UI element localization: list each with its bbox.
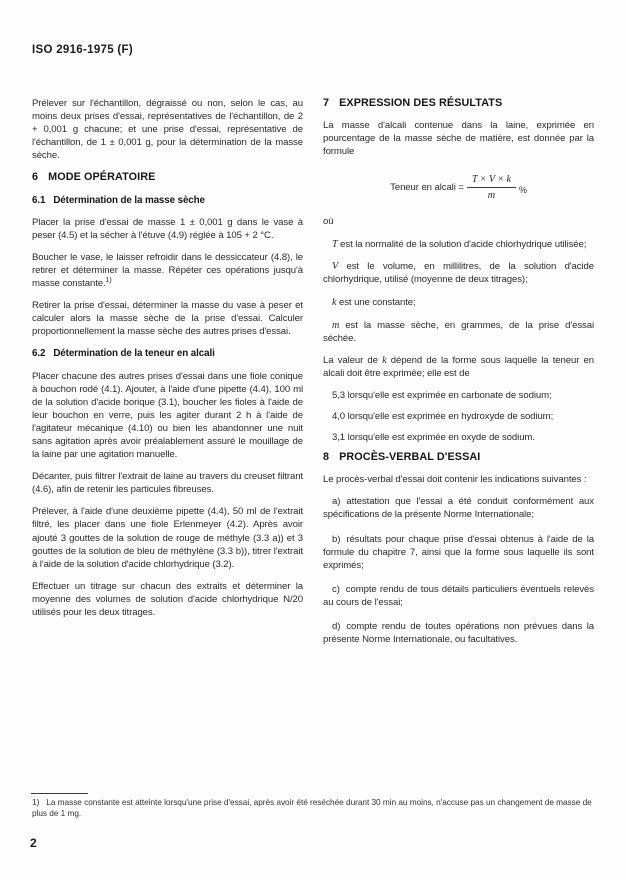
formula-denominator: m: [467, 188, 516, 202]
section-title: MODE OPÉRATOIRE: [48, 171, 155, 183]
definition-text: est une constante;: [339, 297, 416, 308]
definition-term: k: [332, 297, 336, 308]
k-value-item: 5,3 lorsqu'elle est exprimée en carbonat…: [323, 389, 594, 402]
definition-k: k est une constante;: [323, 296, 594, 309]
item-label: d): [332, 621, 340, 632]
definition-text: est la masse sèche, en grammes, de la pr…: [323, 320, 594, 344]
item-label: b): [332, 534, 340, 545]
item-text: compte rendu de toutes opérations non pr…: [323, 621, 594, 645]
page-number: 2: [30, 836, 37, 850]
subsection-heading-6-1: 6.1Détermination de la masse sèche: [32, 194, 303, 207]
formula-label: Teneur en alcali: [390, 183, 456, 194]
paragraph-k-value: La valeur de k dépend de la forme sous l…: [323, 354, 594, 380]
paragraph-intro: Prélever sur l'échantillon, dégraissé ou…: [32, 97, 303, 162]
item-text: attestation que l'essai a été conduit co…: [323, 496, 594, 520]
footnote-text: La masse constante est atteinte lorsqu'u…: [32, 797, 592, 818]
document-reference: ISO 2916-1975 (F): [32, 44, 133, 56]
definition-term: m: [332, 320, 339, 331]
paragraph: Décanter, puis filtrer l'extrait de lain…: [32, 470, 303, 496]
section-number: 8: [323, 451, 329, 463]
item-label: c): [332, 584, 340, 595]
definition-V: V est le volume, en millilitres, de la s…: [323, 260, 594, 286]
item-text: compte rendu de tous détails particulier…: [323, 584, 594, 608]
definition-text: est le volume, en millilitres, de la sol…: [323, 261, 594, 285]
formula-numerator: T × V × k: [467, 173, 516, 188]
equals-sign: =: [458, 183, 464, 194]
section-heading-7: 7EXPRESSION DES RÉSULTATS: [323, 97, 594, 110]
paragraph: Placer la prise d'essai de masse 1 ± 0,0…: [32, 216, 303, 242]
subsection-title: Détermination de la masse sèche: [53, 195, 205, 206]
paragraph: Placer chacune des autres prises d'essai…: [32, 370, 303, 462]
footnote-divider: [31, 793, 88, 794]
paragraph: La masse d'alcali contenue dans la laine…: [323, 119, 594, 158]
section-number: 6: [32, 171, 38, 183]
two-column-body: Prélever sur l'échantillon, dégraissé ou…: [32, 97, 594, 657]
fraction: T × V × km: [467, 173, 516, 202]
section-number: 7: [323, 97, 329, 109]
subsection-number: 6.2: [32, 348, 45, 359]
paragraph-text: La valeur de: [323, 355, 382, 366]
alkali-content-formula: Teneur en alcali =T × V × km%: [323, 173, 594, 202]
paragraph: Retirer la prise d'essai, déterminer la …: [32, 299, 303, 338]
percent-sign: %: [519, 186, 527, 196]
k-value-item: 4,0 lorsqu'elle est exprimée en hydroxyd…: [323, 410, 594, 423]
report-item-b: b)résultats pour chaque prise d'essai ob…: [323, 533, 594, 572]
definition-term: V: [332, 261, 338, 272]
footnote: 1)La masse constante est atteinte lorsqu…: [32, 797, 595, 819]
report-item-c: c)compte rendu de tous détails particuli…: [323, 583, 594, 609]
left-column: Prélever sur l'échantillon, dégraissé ou…: [32, 97, 303, 657]
paragraph: Le procès-verbal d'essai doit contenir l…: [323, 473, 594, 486]
definition-T: T est la normalité de la solution d'acid…: [323, 238, 594, 251]
footnote-marker: 1): [32, 797, 39, 807]
paragraph-with-footnote-ref: Boucher le vase, le laisser refroidir da…: [32, 251, 303, 290]
paragraph: Prélever, à l'aide d'une deuxième pipett…: [32, 505, 303, 570]
k-value-item: 3,1 lorsqu'elle est exprimée en oxyde de…: [323, 431, 594, 444]
report-item-a: a)attestation que l'essai a été conduit …: [323, 495, 594, 521]
footnote-reference: 1): [106, 277, 112, 284]
subsection-heading-6-2: 6.2Détermination de la teneur en alcali: [32, 347, 303, 360]
paragraph: Effectuer un titrage sur chacun des extr…: [32, 580, 303, 619]
where-label: où: [323, 215, 594, 228]
right-column: 7EXPRESSION DES RÉSULTATS La masse d'alc…: [323, 97, 594, 657]
definition-term: T: [332, 239, 338, 250]
item-text: résultats pour chaque prise d'essai obte…: [323, 534, 594, 571]
paragraph-text: Boucher le vase, le laisser refroidir da…: [32, 252, 303, 289]
section-title: PROCÈS-VERBAL D'ESSAI: [339, 451, 480, 463]
item-label: a): [332, 496, 340, 507]
document-page: ISO 2916-1975 (F) Prélever sur l'échanti…: [0, 0, 626, 880]
section-title: EXPRESSION DES RÉSULTATS: [339, 97, 502, 109]
report-item-d: d)compte rendu de toutes opérations non …: [323, 620, 594, 646]
subsection-title: Détermination de la teneur en alcali: [53, 348, 214, 359]
section-heading-8: 8PROCÈS-VERBAL D'ESSAI: [323, 451, 594, 464]
section-heading-6: 6MODE OPÉRATOIRE: [32, 171, 303, 184]
subsection-number: 6.1: [32, 195, 45, 206]
definition-text: est la normalité de la solution d'acide …: [340, 239, 586, 250]
definition-m: m est la masse sèche, en grammes, de la …: [323, 319, 594, 345]
